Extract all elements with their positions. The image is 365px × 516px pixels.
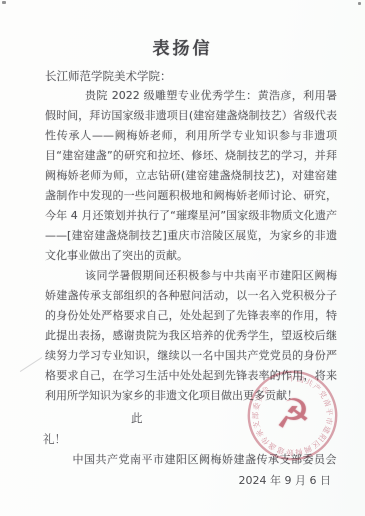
commendation-letter-page: 表扬信 长江师范学院美术学院： 贵院 2022 级雕塑专业优秀学生：黄浩彦，利用… (0, 0, 365, 516)
salutation-line: 长江师范学院美术学院： (45, 68, 365, 84)
letter-date: 2024 年 9 月 6 日 (0, 471, 331, 491)
photo-speck-top-left (2, 1, 6, 4)
photo-speck-top-right (358, 2, 361, 5)
closing-word-ci: 此 (131, 408, 365, 428)
letter-title: 表扬信 (0, 34, 365, 59)
paper-crease-mark (20, 357, 42, 372)
paragraph-achievements: 贵院 2022 级雕塑专业优秀学生：黄浩彦，利用暑假时间，拜访国家级非遗项目(建… (45, 86, 337, 266)
letter-body: 贵院 2022 级雕塑专业优秀学生：黄浩彦，利用暑假时间，拜访国家级非遗项目(建… (45, 86, 337, 406)
paragraph-commendation: 该同学暑假期间还积极参与中共南平市建阳区阙梅娇建盏传承支部组织的各种慰问活动，以… (45, 266, 337, 406)
signature-organization: 中国共产党南平市建阳区阙梅娇建盏传承支部委员会 (0, 450, 337, 470)
closing-word-li: 礼！ (43, 429, 365, 449)
